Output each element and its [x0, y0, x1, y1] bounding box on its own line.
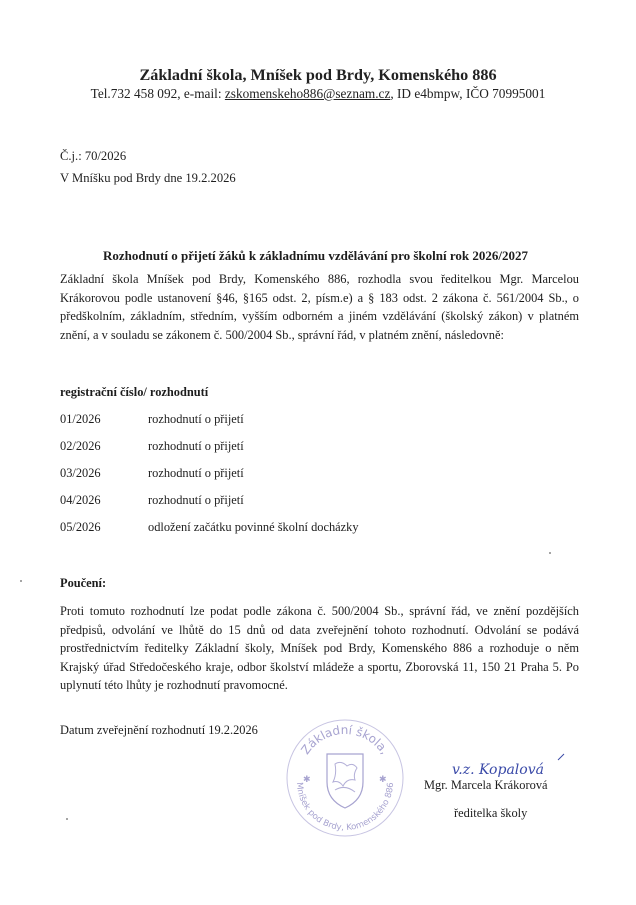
- registration-row: 02/2026 rozhodnutí o přijetí: [60, 439, 560, 457]
- star-icon: ✱: [379, 775, 387, 785]
- stamp-top-text: Základní škola,: [298, 723, 392, 757]
- registration-number: 01/2026: [60, 412, 101, 427]
- scan-speck: [20, 580, 22, 582]
- publication-date: Datum zveřejnění rozhodnutí 19.2.2026: [60, 723, 258, 738]
- registration-number: 02/2026: [60, 439, 101, 454]
- registration-decision: rozhodnutí o přijetí: [148, 412, 244, 427]
- registration-decision: rozhodnutí o přijetí: [148, 466, 244, 481]
- registration-row: 04/2026 rozhodnutí o přijetí: [60, 493, 560, 511]
- registration-row: 03/2026 rozhodnutí o přijetí: [60, 466, 560, 484]
- case-number: Č.j.: 70/2026: [60, 149, 126, 164]
- scan-speck: [549, 552, 551, 554]
- contact-suffix: , ID e4bmpw, IČO 70995001: [390, 86, 545, 101]
- email-link[interactable]: zskomenskeho886@seznam.cz: [225, 86, 390, 101]
- notice-heading: Poučení:: [60, 576, 106, 591]
- registration-number: 04/2026: [60, 493, 101, 508]
- place-and-date: V Mníšku pod Brdy dne 19.2.2026: [60, 171, 236, 186]
- star-icon: ✱: [303, 775, 311, 785]
- registration-decision: rozhodnutí o přijetí: [148, 439, 244, 454]
- school-stamp: Základní škola, Mníšek pod Brdy, Komensk…: [283, 716, 407, 840]
- registration-number: 03/2026: [60, 466, 101, 481]
- registration-table-header: registrační číslo/ rozhodnutí: [60, 385, 208, 400]
- signer-name: Mgr. Marcela Krákorová: [424, 778, 548, 793]
- school-name: Základní škola, Mníšek pod Brdy, Komensk…: [0, 66, 636, 85]
- notice-text: Proti tomuto rozhodnutí lze podat podle …: [60, 602, 579, 695]
- decision-intro: Základní škola Mníšek pod Brdy, Komenské…: [60, 270, 579, 344]
- school-contact-line: Tel.732 458 092, e-mail: zskomenskeho886…: [0, 86, 636, 102]
- decision-title: Rozhodnutí o přijetí žáků k základnímu v…: [103, 248, 528, 264]
- signer-role: ředitelka školy: [454, 806, 527, 821]
- scan-speck: [66, 818, 68, 820]
- svg-text:Základní škola,: Základní škola,: [298, 723, 392, 757]
- registration-decision: rozhodnutí o přijetí: [148, 493, 244, 508]
- registration-row: 01/2026 rozhodnutí o přijetí: [60, 412, 560, 430]
- signature-text: v.z. Kopalová: [452, 762, 544, 778]
- registration-number: 05/2026: [60, 520, 101, 535]
- registration-row: 05/2026 odložení začátku povinné školní …: [60, 520, 560, 538]
- coat-of-arms-icon: [327, 754, 363, 808]
- contact-prefix: Tel.732 458 092, e-mail:: [91, 86, 225, 101]
- registration-decision: odložení začátku povinné školní docházky: [148, 520, 359, 535]
